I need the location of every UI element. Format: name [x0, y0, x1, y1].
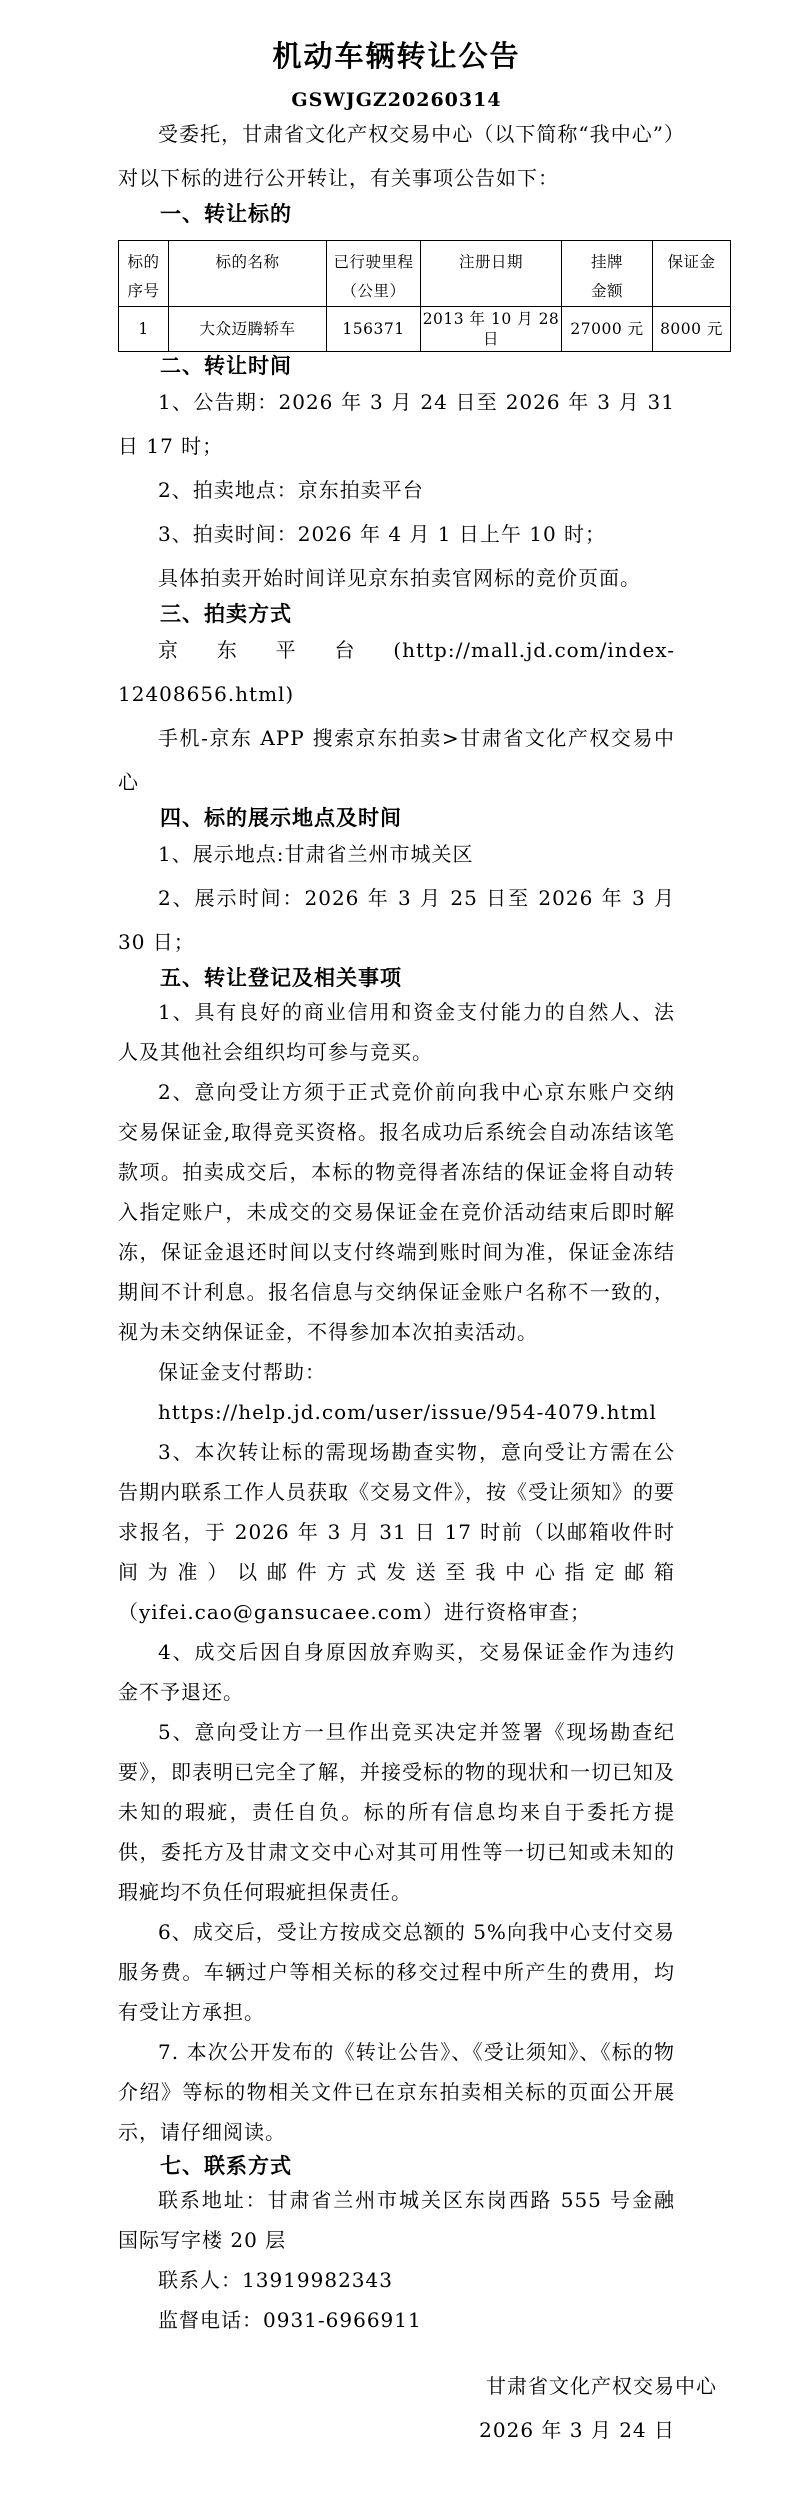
s5-item-1: 1、具有良好的商业信用和资金支付能力的自然人、法人及其他社会组织均可参与竞买。	[118, 992, 675, 1072]
signature-date: 2026 年 3 月 24 日	[118, 2408, 675, 2452]
lot-table: 标的 序号 标的名称 已行驶里程 （公里） 注册日期 挂牌 金额	[118, 240, 731, 352]
s5-item-5: 5、意向受让方一旦作出竞买决定并签署《现场勘查纪要》，即表明已完全了解，并接受标…	[118, 1712, 675, 1912]
section-4-heading: 四、标的展示地点及时间	[118, 804, 675, 832]
signature-org: 甘肃省文化产权交易中心	[118, 2364, 717, 2408]
col-name-header: 标的名称	[169, 241, 327, 307]
section-5-heading: 五、转让登记及相关事项	[118, 964, 675, 992]
s7-supervision-phone: 监督电话：0931-6966911	[118, 2300, 675, 2340]
cell-deposit: 8000 元	[653, 307, 731, 352]
intro-paragraph: 受委托，甘肃省文化产权交易中心（以下简称“我中心”）对以下标的进行公开转让，有关…	[118, 112, 675, 200]
s2-announcement-period: 1、公告期：2026 年 3 月 24 日至 2026 年 3 月 31 日 1…	[118, 380, 675, 468]
col-mileage-line2: （公里）	[327, 277, 420, 306]
cell-seq: 1	[119, 307, 169, 352]
table-header-row: 标的 序号 标的名称 已行驶里程 （公里） 注册日期 挂牌 金额	[119, 241, 731, 307]
col-mileage-line1: 已行驶里程	[327, 248, 420, 277]
s2-auction-place: 2、拍卖地点：京东拍卖平台	[118, 468, 675, 512]
s5-item-7: 7. 本次公开发布的《转让公告》、《受让须知》、《标的物介绍》等标的物相关文件已…	[118, 2032, 675, 2152]
s3-jd-app-path: 手机-京东 APP 搜索京东拍卖>甘肃省文化产权交易中心	[118, 716, 675, 804]
section-2-heading: 二、转让时间	[118, 352, 675, 380]
col-mileage-header: 已行驶里程 （公里）	[327, 241, 421, 307]
s3-jd-platform-url: 京东平台(http://mall.jd.com/index-12408656.h…	[118, 628, 675, 716]
cell-regdate: 2013 年 10 月 28 日	[421, 307, 562, 352]
col-regdate-label: 注册日期	[421, 248, 561, 277]
cell-name: 大众迈腾轿车	[169, 307, 327, 352]
s2-auction-note: 具体拍卖开始时间详见京东拍卖官网标的竞价页面。	[118, 556, 675, 600]
section-1-heading: 一、转让标的	[118, 200, 675, 228]
s5-item-4: 4、成交后因自身原因放弃购买，交易保证金作为违约金不予退还。	[118, 1632, 675, 1712]
section-3-heading: 三、拍卖方式	[118, 600, 675, 628]
s5-item-6: 6、成交后，受让方按成交总额的 5%向我中心支付交易服务费。车辆过户等相关标的移…	[118, 1912, 675, 2032]
s4-display-place: 1、展示地点:甘肃省兰州市城关区	[118, 832, 675, 876]
cell-price: 27000 元	[562, 307, 653, 352]
s5-item-3: 3、本次转让标的需现场勘查实物，意向受让方需在公告期内联系工作人员获取《交易文件…	[118, 1432, 675, 1632]
col-deposit-label: 保证金	[653, 248, 730, 277]
s7-contact-person: 联系人：13919982343	[118, 2260, 675, 2300]
s4-display-time: 2、展示时间：2026 年 3 月 25 日至 2026 年 3 月 30 日；	[118, 876, 675, 964]
col-regdate-header: 注册日期	[421, 241, 562, 307]
project-code: GSWJGZ20260314	[118, 88, 675, 112]
s2-auction-time: 3、拍卖时间：2026 年 4 月 1 日上午 10 时；	[118, 512, 675, 556]
page-title: 机动车辆转让公告	[118, 36, 675, 76]
announcement-page: 机动车辆转让公告 GSWJGZ20260314 受委托，甘肃省文化产权交易中心（…	[0, 0, 793, 2495]
s5-deposit-help-label: 保证金支付帮助：	[118, 1352, 675, 1392]
col-deposit-header: 保证金	[653, 241, 731, 307]
col-price-line1: 挂牌	[562, 248, 652, 277]
col-price-line2: 金额	[562, 277, 652, 306]
cell-mileage: 156371	[327, 307, 421, 352]
s7-contact-address: 联系地址：甘肃省兰州市城关区东岗西路 555 号金融国际写字楼 20 层	[118, 2180, 675, 2260]
signature-block: 甘肃省文化产权交易中心 2026 年 3 月 24 日	[118, 2364, 675, 2452]
s5-item-2: 2、意向受让方须于正式竞价前向我中心京东账户交纳交易保证金,取得竞买资格。报名成…	[118, 1072, 675, 1352]
col-seq-line1: 标的	[119, 248, 168, 277]
s5-deposit-help-url: https://help.jd.com/user/issue/954-4079.…	[118, 1392, 675, 1432]
col-seq-line2: 序号	[119, 277, 168, 306]
col-name-label: 标的名称	[169, 248, 326, 277]
section-7-heading: 七、联系方式	[118, 2152, 675, 2180]
table-row: 1 大众迈腾轿车 156371 2013 年 10 月 28 日 27000 元…	[119, 307, 731, 352]
col-price-header: 挂牌 金额	[562, 241, 653, 307]
col-seq-header: 标的 序号	[119, 241, 169, 307]
